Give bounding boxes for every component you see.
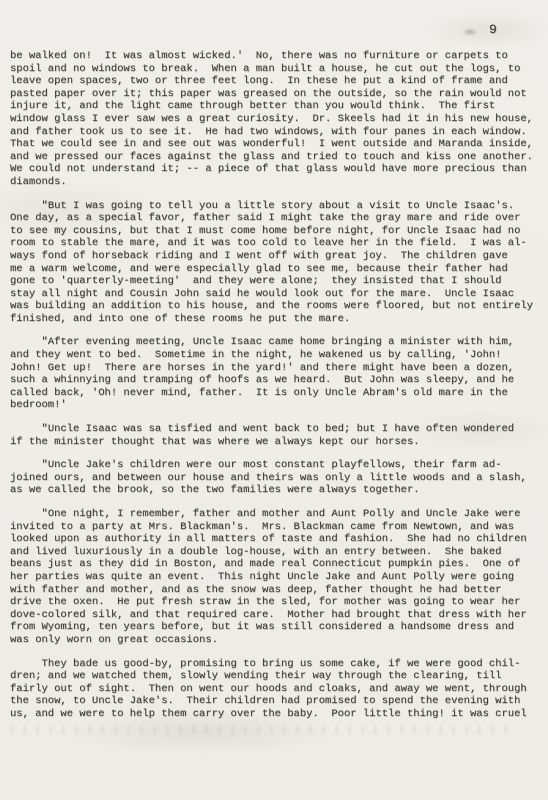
ink-smudge: [462, 28, 478, 36]
paragraph: "After evening meeting, Uncle Isaac came…: [10, 336, 544, 412]
paragraph: "Uncle Isaac was sa tisfied and went bac…: [10, 423, 544, 448]
faint-ghost-text-smudge: [10, 726, 510, 734]
paragraph: "One night, I remember, father and mothe…: [10, 508, 544, 647]
paragraph: They bade us good-by, promising to bring…: [10, 658, 544, 721]
scanned-document-page: 9 be walked on! It was almost wicked.' N…: [0, 0, 548, 800]
paragraph: "Uncle Jake's children were our most con…: [10, 459, 544, 497]
page-number: 9: [489, 22, 497, 38]
paragraph: be walked on! It was almost wicked.' No,…: [10, 50, 544, 189]
typewritten-text-block: be walked on! It was almost wicked.' No,…: [10, 50, 544, 732]
paragraph: "But I was going to tell you a little st…: [10, 200, 544, 326]
